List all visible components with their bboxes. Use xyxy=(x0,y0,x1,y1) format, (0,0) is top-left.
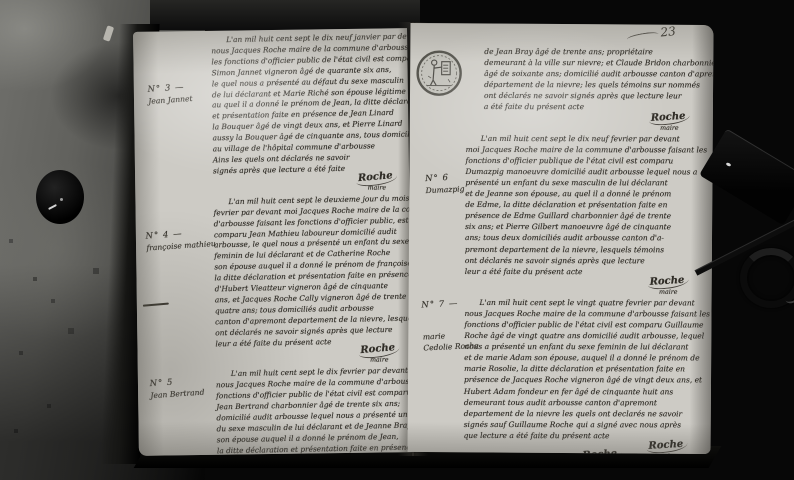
register-entry-line: L'an mil huit cent sept le vingt quatre … xyxy=(465,297,705,309)
register-entry-line: fonctions d'officier public de l'état ci… xyxy=(464,319,704,331)
register-left-page: N° 3 — Jean Jannet N° 4 — françoise math… xyxy=(133,28,413,456)
register-entry-line: présence de Jacques Roche vigneron âgé d… xyxy=(464,374,704,386)
register-entry-line: moi Jacques Roche maire de la commune d'… xyxy=(466,144,706,156)
signature-name: Roche xyxy=(580,448,621,454)
signature: Rochemaire xyxy=(648,275,689,297)
register-entry-line: fonctions d'officier publique de l'état … xyxy=(466,155,706,167)
register-entry-line: ans; tous deux domiciliés audit arbousse… xyxy=(465,232,705,244)
signature: Rochemaire xyxy=(647,440,688,454)
entry-name: Jean Bertrand xyxy=(150,387,205,402)
binder-clip-ring xyxy=(740,248,794,308)
register-entry-line: nous a présenté un enfant du sexe femini… xyxy=(464,341,704,353)
surface-speckles xyxy=(0,0,2,2)
register-right-page: 23 N° 6 Dumazpig N° 7 — marie Cedolie Ro… xyxy=(408,23,714,454)
register-entry-line: demeurant à la ville sur nievre; et Clau… xyxy=(466,57,706,69)
page-number: 23 xyxy=(660,24,677,39)
ink-dash-mark xyxy=(143,303,169,307)
register-entry-line: demeurant tous audit arbousse canton d'a… xyxy=(464,397,704,409)
margin-note-entry-3: N° 3 — Jean Jannet xyxy=(147,82,193,107)
official-seal-icon xyxy=(415,49,463,97)
register-entry-line: Dumazpig manoeuvre domicilié audit arbou… xyxy=(465,166,705,178)
margin-note-entry-4: N° 4 — françoise mathieu xyxy=(145,227,216,254)
register-entry-line: de Edme, la ditte déclaration et présent… xyxy=(465,199,705,211)
entry-name: Dumazpig xyxy=(425,183,464,196)
register-entry-line: nous Jacques Roche maire de la commune d… xyxy=(464,308,704,320)
register-entry-line: et de marie Adam son épouse, auquel il a… xyxy=(464,352,704,364)
signature: Rochemaire xyxy=(359,345,400,367)
register-entry-line: présenté un enfant du sexe masculin de l… xyxy=(465,177,705,189)
register-entry-line: et de Jeanne son épouse, au quel il a do… xyxy=(465,188,705,200)
register-entry-line: signés sauf Guillaume Roche qui a signé … xyxy=(464,419,704,431)
register-entry-line: departement de la nievre les quels ont d… xyxy=(464,408,704,420)
handwritten-entries-right: de Jean Bray âgé de trente ans; propriét… xyxy=(463,45,706,454)
register-entry-line: Roche âgé de vingt quatre ans domicilié … xyxy=(464,330,704,342)
shadow-haze xyxy=(150,0,420,30)
binder-clip-icon xyxy=(699,129,794,226)
archive-photograph: N° 3 — Jean Jannet N° 4 — françoise math… xyxy=(0,0,794,480)
register-entry-line: âgé de soixante ans; domicilié audit arb… xyxy=(466,68,706,80)
register-entry-line: premont departement de la nievre, lesque… xyxy=(465,243,705,255)
margin-note-entry-6: N° 6 Dumazpig xyxy=(425,172,465,196)
dark-knob xyxy=(36,170,84,224)
signature-row: RocheRochemaire xyxy=(463,440,703,454)
register-entry-line: de Jean Bray âgé de trente ans; propriét… xyxy=(466,46,706,58)
signature: Rochemaire xyxy=(649,111,690,133)
register-entry-line: présence de Edme Guillard charbonnier âg… xyxy=(465,210,705,222)
register-entry-line: L'an mil huit cent sept le dix neuf fevr… xyxy=(466,133,706,145)
handwritten-entries-left: L'an mil huit cent sept le dix neuf janv… xyxy=(211,32,413,456)
register-entry-line: Hubert Adam fondeur en fer âgé de cinqua… xyxy=(464,385,704,397)
entry-name: Jean Jannet xyxy=(148,93,193,107)
signature: Rochemaire xyxy=(356,172,397,194)
margin-note-entry-5: N° 5 Jean Bertrand xyxy=(149,376,204,402)
register-entry-line: ont déclarés ne savoir signés après que … xyxy=(465,255,705,267)
